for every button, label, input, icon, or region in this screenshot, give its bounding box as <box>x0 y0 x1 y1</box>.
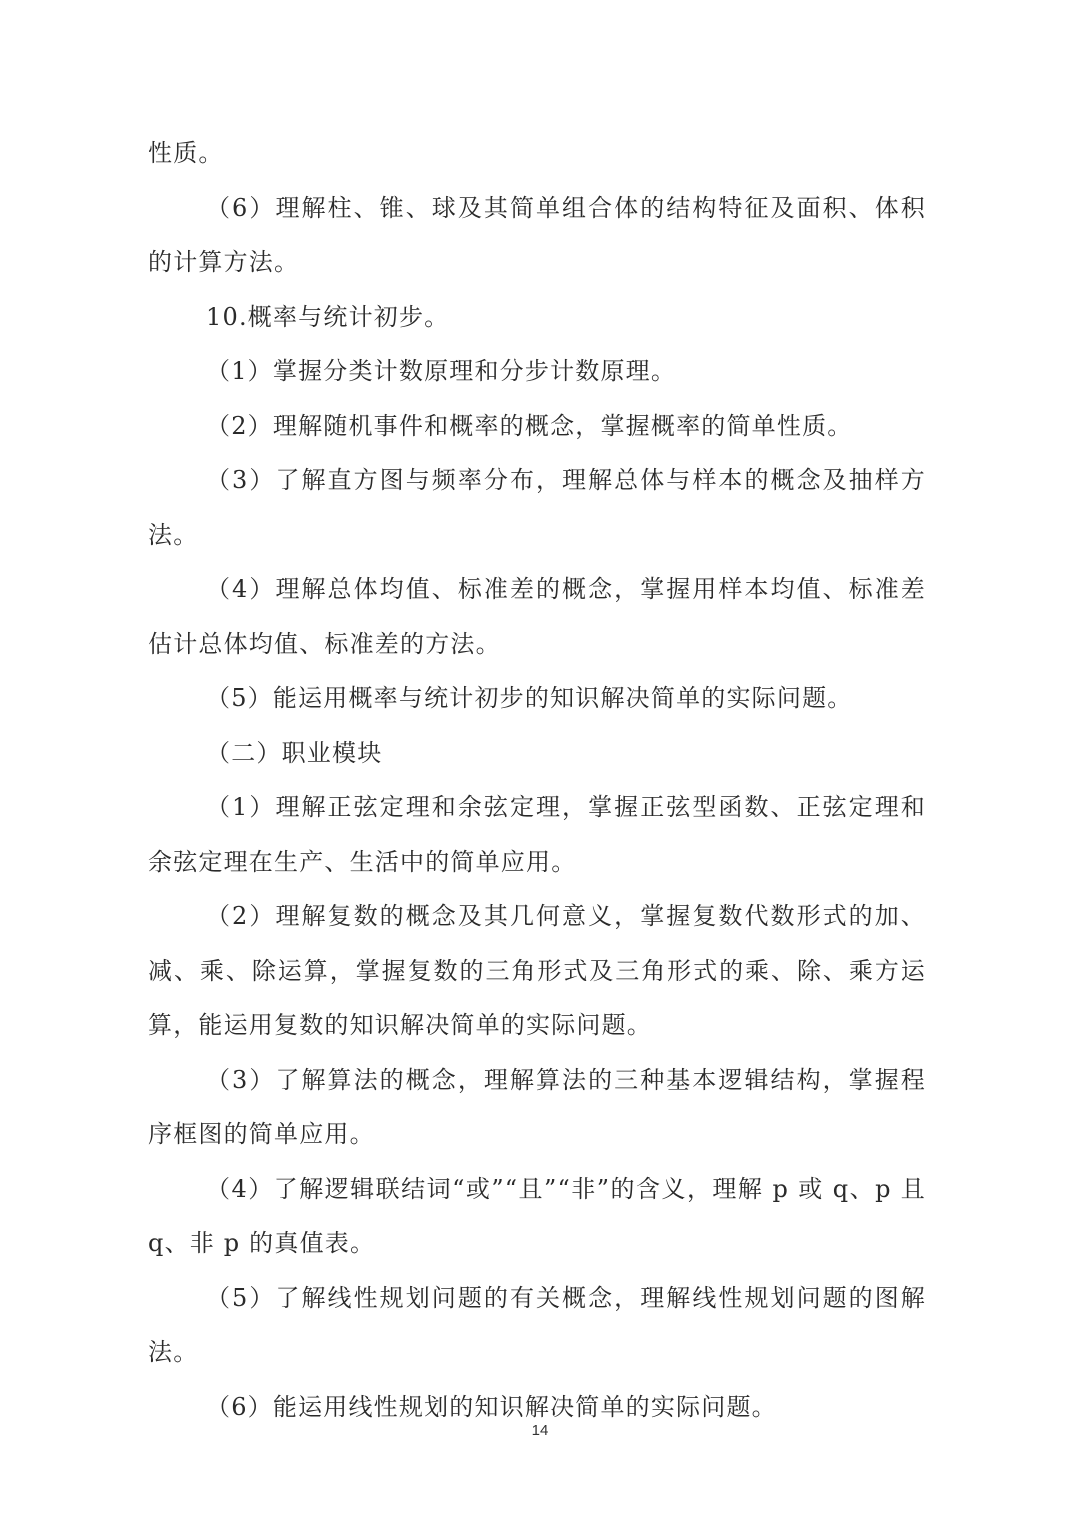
paragraph-item-2-probability: （2）理解随机事件和概率的概念，掌握概率的简单性质。 <box>148 399 926 454</box>
paragraph-item-1-counting: （1）掌握分类计数原理和分步计数原理。 <box>148 344 926 399</box>
section-heading-probability-statistics: 10.概率与统计初步。 <box>148 290 926 345</box>
section-heading-vocational-module: （二）职业模块 <box>148 726 926 781</box>
paragraph-item-5-linear-programming: （5）了解线性规划问题的有关概念，理解线性规划问题的图解法。 <box>148 1271 926 1380</box>
paragraph-item-3-histogram: （3）了解直方图与频率分布，理解总体与样本的概念及抽样方法。 <box>148 453 926 562</box>
paragraph-item-4-mean-stddev: （4）理解总体均值、标准差的概念，掌握用样本均值、标准差估计总体均值、标准差的方… <box>148 562 926 671</box>
paragraph-item-1-sine-cosine: （1）理解正弦定理和余弦定理，掌握正弦型函数、正弦定理和余弦定理在生产、生活中的… <box>148 780 926 889</box>
paragraph-item-3-algorithms: （3）了解算法的概念，理解算法的三种基本逻辑结构，掌握程序框图的简单应用。 <box>148 1053 926 1162</box>
paragraph-item-5-applications: （5）能运用概率与统计初步的知识解决简单的实际问题。 <box>148 671 926 726</box>
paragraph-continuation: 性质。 <box>148 126 926 181</box>
paragraph-item-2-complex-numbers: （2）理解复数的概念及其几何意义，掌握复数代数形式的加、减、乘、除运算，掌握复数… <box>148 889 926 1053</box>
paragraph-item-6-solid-geometry: （6）理解柱、锥、球及其简单组合体的结构特征及面积、体积的计算方法。 <box>148 181 926 290</box>
paragraph-item-4-logic: （4）了解逻辑联结词“或”“且”“非”的含义，理解 p 或 q、p 且 q、非 … <box>148 1162 926 1271</box>
document-page: 性质。 （6）理解柱、锥、球及其简单组合体的结构特征及面积、体积的计算方法。 1… <box>148 126 926 1434</box>
page-number: 14 <box>0 1422 1080 1439</box>
